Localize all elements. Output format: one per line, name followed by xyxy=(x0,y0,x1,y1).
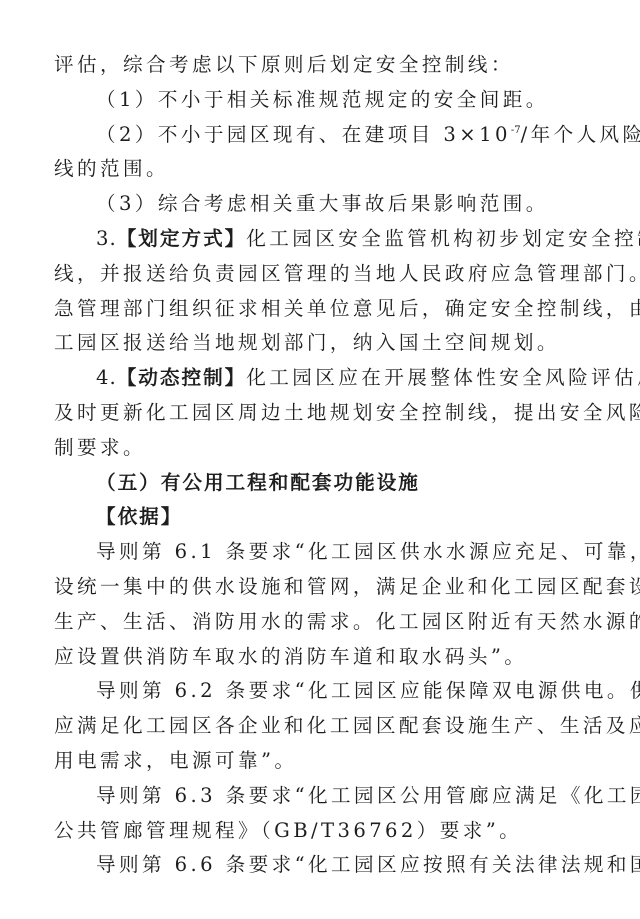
section-heading: （五）有公用工程和配套功能设施 xyxy=(54,466,602,501)
item-number: 4. xyxy=(96,366,117,389)
paragraph-line: 导则第 6.1 条要求“化工园区供水水源应充足、可靠，建 xyxy=(54,535,602,570)
paragraph-line: 公共管廊管理规程》（GB/T36762）要求”。 xyxy=(54,814,602,849)
principle-3: （3）综合考虑相关重大事故后果影响范围。 xyxy=(54,187,602,222)
item-3-heading: 3.【划定方式】化工园区安全监管机构初步划定安全控制 xyxy=(54,222,602,257)
item-title: 【划定方式】 xyxy=(117,227,247,250)
item-text: 化工园区安全监管机构初步划定安全控制 xyxy=(246,227,640,250)
exponent: -7 xyxy=(511,125,521,136)
principle-2: （2）不小于园区现有、在建项目 3×10-7/年个人风险等值 xyxy=(54,118,602,153)
principle-2-text-rest: /年个人风险等值 xyxy=(521,123,640,146)
paragraph-line: 导则第 6.2 条要求“化工园区应能保障双电源供电。供电 xyxy=(54,674,602,709)
paragraph-line: 用电需求，电源可靠”。 xyxy=(54,744,602,779)
basis-heading: 【依据】 xyxy=(54,500,602,535)
paragraph-line: 应满足化工园区各企业和化工园区配套设施生产、生活及应急 xyxy=(54,709,602,744)
paragraph-line: 急管理部门组织征求相关单位意见后，确定安全控制线，由化 xyxy=(54,292,602,327)
principle-1: （1）不小于相关标准规范规定的安全间距。 xyxy=(54,83,602,118)
paragraph-line: 设统一集中的供水设施和管网，满足企业和化工园区配套设施 xyxy=(54,570,602,605)
paragraph-line: 导则第 6.3 条要求“化工园区公用管廊应满足《化工园区 xyxy=(54,779,602,814)
document-page: 评估，综合考虑以下原则后划定安全控制线： （1）不小于相关标准规范规定的安全间距… xyxy=(54,48,602,883)
paragraph-line: 导则第 6.6 条要求“化工园区应按照有关法律法规和国家 xyxy=(54,848,602,883)
item-number: 3. xyxy=(96,227,117,250)
item-4-heading: 4.【动态控制】化工园区应在开展整体性安全风险评估后 xyxy=(54,361,602,396)
item-title: 【动态控制】 xyxy=(117,366,247,389)
paragraph-line: 及时更新化工园区周边土地规划安全控制线，提出安全风险控 xyxy=(54,396,602,431)
paragraph-line: 线，并报送给负责园区管理的当地人民政府应急管理部门。应 xyxy=(54,257,602,292)
paragraph-line: 应设置供消防车取水的消防车道和取水码头”。 xyxy=(54,640,602,675)
paragraph-line: 生产、生活、消防用水的需求。化工园区附近有天然水源的， xyxy=(54,605,602,640)
paragraph-line: 线的范围。 xyxy=(54,152,602,187)
paragraph-line: 评估，综合考虑以下原则后划定安全控制线： xyxy=(54,48,602,83)
paragraph-line: 工园区报送给当地规划部门，纳入国土空间规划。 xyxy=(54,326,602,361)
item-text: 化工园区应在开展整体性安全风险评估后 xyxy=(246,366,640,389)
paragraph-line: 制要求。 xyxy=(54,431,602,466)
principle-2-text: （2）不小于园区现有、在建项目 3×10 xyxy=(96,123,511,146)
